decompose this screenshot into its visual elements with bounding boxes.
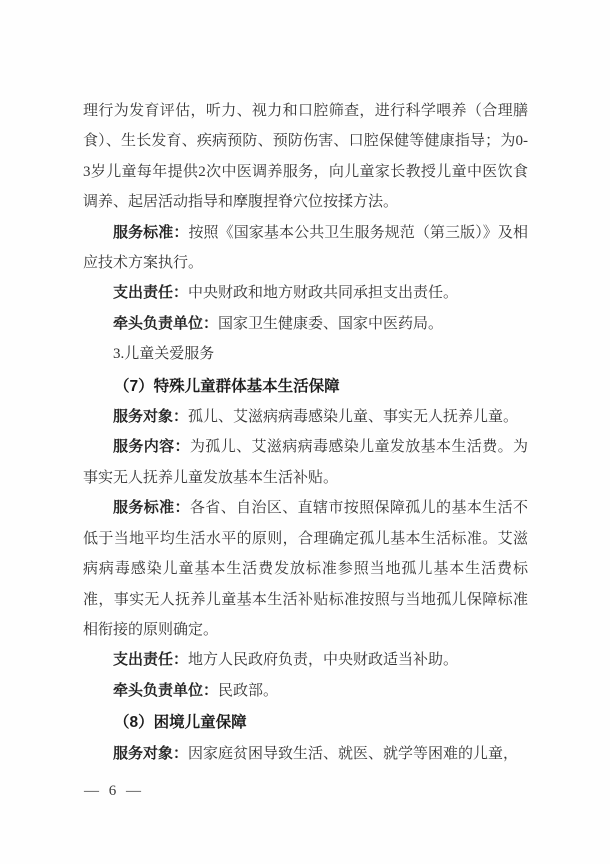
paragraph-label: 服务内容：	[113, 439, 190, 455]
paragraph: 服务内容：为孤儿、艾滋病病毒感染儿童发放基本生活费。为事实无人抚养儿童发放基本生…	[83, 432, 528, 493]
paragraph-label: 牵头负责单位：	[113, 316, 218, 332]
paragraph: 牵头负责单位：民政部。	[83, 676, 528, 706]
list-level-heading: 3.儿童关爱服务	[83, 339, 528, 369]
paragraph-label: 牵头负责单位：	[113, 683, 218, 699]
paragraph-label: 支出责任：	[113, 285, 188, 301]
paragraph: 支出责任：地方人民政府负责，中央财政适当补助。	[83, 645, 528, 675]
paragraph: 支出责任：中央财政和地方财政共同承担支出责任。	[83, 278, 528, 308]
section-heading: （8）困境儿童保障	[83, 708, 528, 738]
paragraph-label: 服务对象：	[113, 746, 188, 762]
paragraph: 服务对象：因家庭贫困导致生活、就医、就学等困难的儿童，	[83, 739, 528, 769]
paragraph-label: 服务标准：	[113, 225, 188, 241]
paragraph-label: 支出责任：	[113, 652, 188, 668]
paragraph: 服务标准：各省、自治区、直辖市按照保障孤儿的基本生活不低于当地平均生活水平的原则…	[83, 493, 528, 645]
page-number: — 6 —	[84, 780, 144, 802]
paragraph: 理行为发育评估，听力、视力和口腔筛查，进行科学喂养（合理膳食）、生长发育、疾病预…	[83, 96, 528, 218]
page-content: 理行为发育评估，听力、视力和口腔筛查，进行科学喂养（合理膳食）、生长发育、疾病预…	[83, 96, 528, 769]
section-heading: （7）特殊儿童群体基本生活保障	[83, 372, 528, 402]
paragraph: 牵头负责单位：国家卫生健康委、国家中医药局。	[83, 309, 528, 339]
document-page: 理行为发育评估，听力、视力和口腔筛查，进行科学喂养（合理膳食）、生长发育、疾病预…	[0, 0, 610, 864]
paragraph-label: 服务对象：	[113, 409, 188, 425]
paragraph: 服务对象：孤儿、艾滋病病毒感染儿童、事实无人抚养儿童。	[83, 402, 528, 432]
paragraph-label: 服务标准：	[113, 500, 190, 516]
paragraph: 服务标准：按照《国家基本公共卫生服务规范（第三版）》及相应技术方案执行。	[83, 218, 528, 279]
